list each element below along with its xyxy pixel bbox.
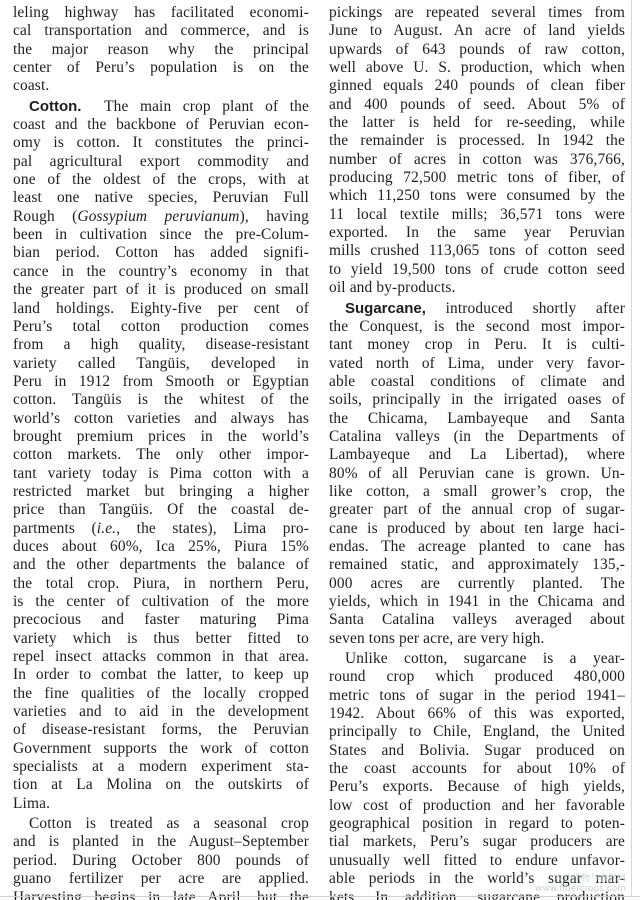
text-line: exported. In the same year Peruvian [329, 224, 625, 242]
text-line: restricted market but bringing a higher [13, 483, 309, 501]
text-fragment: ), having [240, 208, 309, 225]
text-line: number of acres in cotton was 376,766, [329, 151, 625, 169]
text-line: variety called Tangüis, developed in [13, 355, 309, 373]
text-line: which 11,250 tons were consumed by the [329, 187, 625, 205]
text-line: and 400 pounds of seed. About 5% of [329, 96, 625, 114]
text-line: repel insect attacks common in that area… [13, 648, 309, 666]
document-page: leling highway has facilitated economi- … [0, 0, 640, 900]
text-line: duces about 60%, Ica 25%, Piura 15% [13, 538, 309, 556]
text-line: is the center of cultivation of the more [13, 593, 309, 611]
text-line: 1942. About 66% of this was exported, [329, 705, 625, 723]
page-edge-bottom [0, 896, 640, 897]
text-line: the remainder is processed. In 1942 the [329, 132, 625, 150]
text-line: metric tons of sugar in the period 1941– [329, 687, 625, 705]
cotton-heading: Cotton. [29, 98, 81, 115]
text-line: Lima. [13, 795, 309, 813]
text-line: like cotton, a small grower’s crop, the [329, 483, 625, 501]
text-line: Santa Catalina valleys averaged about [329, 611, 625, 629]
watermark-line-2: www.fibercrops.com [535, 884, 626, 894]
text-line: omy is cotton. It constitutes the princi… [13, 134, 309, 152]
text-line: Catalina valleys (in the Departments of [329, 428, 625, 446]
text-line: pal agricultural export commodity and [13, 153, 309, 171]
text-line: land holdings. Eighty-five per cent of [13, 300, 309, 318]
text-line: Harvesting begins in late April, but the [13, 889, 309, 900]
text-line: varieties and to aid in the development [13, 703, 309, 721]
text-line: the fine qualities of the locally croppe… [13, 685, 309, 703]
text-line: brought premium prices in the world’s [13, 428, 309, 446]
text-line: Peru’s exports. Because of high yields, [329, 778, 625, 796]
text-line: and is planted in the August–September [13, 833, 309, 851]
sugarcane-paragraph-start: Sugarcane, introduced shortly after [329, 300, 625, 318]
text-line: States and Bolivia. Sugar produced on [329, 742, 625, 760]
text-line: soils, principally in the irrigated oase… [329, 391, 625, 409]
text-line: geographical position in regard to poten… [329, 815, 625, 833]
text-line: coast and the backbone of Peruvian econ- [13, 116, 309, 134]
watermark: 农业作物与食品网 www.fibercrops.com [535, 874, 626, 894]
text-line: oil and by-products. [329, 279, 625, 297]
cotton-paragraph-start: Cotton. The main crop plant of the [13, 98, 309, 116]
text-line: Peru in 1912 from Smooth or Egyptian [13, 373, 309, 391]
left-column: leling highway has facilitated economi- … [13, 4, 309, 900]
text-line: center of Peru’s population is on the [13, 59, 309, 77]
text-line: the major reason why the principal [13, 41, 309, 59]
text-line: period. During October 800 pounds of [13, 852, 309, 870]
text-fragment: partments ( [13, 520, 97, 537]
text-line: June to August. An acre of land yields [329, 22, 625, 40]
text-line: cotton. Tangüis is the whitest of the [13, 391, 309, 409]
text-line: the latter is held for re-seeding, while [329, 114, 625, 132]
text-fragment: Rough ( [13, 208, 77, 225]
text-line: the Chicama, Lambayeque and Santa [329, 410, 625, 428]
text-line: cal transportation and commerce, and is [13, 22, 309, 40]
right-column: pickings are repeated several times from… [329, 4, 625, 900]
text-line: coast. [13, 77, 309, 95]
text-line: able coastal conditions of climate and [329, 373, 625, 391]
ie-abbrev: i.e. [97, 520, 116, 537]
text-fragment: , the states), Lima pro- [116, 520, 309, 537]
text-line: producing 72,500 metric tons of fiber, o… [329, 169, 625, 187]
text-line: price than Tangüis. Of the coastal de- [13, 501, 309, 519]
text-line: Cotton is treated as a seasonal crop [13, 815, 309, 833]
text-line: Lambayeque and La Libertad), where [329, 446, 625, 464]
text-line: greater part of the annual crop of sugar… [329, 501, 625, 519]
text-line: the Conquest, is the second most impor- [329, 318, 625, 336]
text-line: In order to combat the latter, to keep u… [13, 666, 309, 684]
text-line: cance in the country’s economy in that [13, 263, 309, 281]
text-line: tant variety today is Pima cotton with a [13, 465, 309, 483]
text-line: the total crop. Piura, in northern Peru, [13, 575, 309, 593]
text-line: vated north of Lima, under very favor- [329, 355, 625, 373]
text-line: specialists at a modern experiment sta- [13, 758, 309, 776]
text-line: the greater part of it is produced on sm… [13, 281, 309, 299]
text-fragment: introduced shortly after [446, 300, 625, 317]
text-line: upwards of 643 pounds of raw cotton, [329, 41, 625, 59]
text-line: 000 acres are currently planted. The [329, 575, 625, 593]
ie-line: partments (i.e., the states), Lima pro- [13, 520, 309, 538]
text-line: bian period. Cotton has added signifi- [13, 244, 309, 262]
text-line: low cost of production and her favorable [329, 797, 625, 815]
text-line: tion at La Molina on the outskirts of [13, 776, 309, 794]
text-line: ginned equals 240 pounds of clean fiber [329, 77, 625, 95]
text-line: round crop which produced 480,000 [329, 668, 625, 686]
text-line: cane is produced by about ten large haci… [329, 520, 625, 538]
text-line: least one native species, Peruvian Full [13, 189, 309, 207]
text-line: the coast accounts for about 10% of [329, 760, 625, 778]
text-line: Government supports the work of cotton [13, 740, 309, 758]
text-line: to yield 19,500 tons of crude cotton see… [329, 261, 625, 279]
text-fragment: The main crop plant of the [104, 98, 309, 115]
text-line: and the other departments the balance of [13, 556, 309, 574]
text-line: principally to Chile, England, the Unite… [329, 723, 625, 741]
page-edge-right [631, 0, 632, 896]
text-line: pickings are repeated several times from [329, 4, 625, 22]
text-line: yields, which in 1941 in the Chicama and [329, 593, 625, 611]
text-line: been in cultivation since the pre-Colum- [13, 226, 309, 244]
text-line: remained static, and approximately 135,- [329, 556, 625, 574]
text-line: leling highway has facilitated economi- [13, 4, 309, 22]
species-name: Gossypium peruvianum [77, 208, 239, 225]
text-line: world’s cotton varieties and always has [13, 410, 309, 428]
text-line: tant money crop in Peru. It is culti- [329, 336, 625, 354]
sugarcane-heading: Sugarcane, [345, 300, 426, 317]
text-line: from a high quality, disease-resistant [13, 336, 309, 354]
text-line: mills crushed 113,065 tons of cotton see… [329, 242, 625, 260]
text-line: cotton markets. The only other impor- [13, 446, 309, 464]
watermark-line-1: 农业作物与食品网 [535, 874, 626, 884]
text-line: of disease-resistant forms, the Peruvian [13, 721, 309, 739]
species-line: Rough (Gossypium peruvianum), having [13, 208, 309, 226]
text-line: unusually well fitted to endure unfavor- [329, 852, 625, 870]
text-line: guano fertilizer per acre are applied. [13, 870, 309, 888]
text-line: Peru’s total cotton production comes [13, 318, 309, 336]
text-line: tial markets, Peru’s sugar producers are [329, 833, 625, 851]
text-line: precocious and faster maturing Pima [13, 611, 309, 629]
text-line: seven tons per acre, are very high. [329, 630, 625, 648]
text-line: endas. The acreage planted to cane has [329, 538, 625, 556]
text-line: Unlike cotton, sugarcane is a year- [329, 650, 625, 668]
text-line: variety which is thus better fitted to [13, 630, 309, 648]
text-line: one of the oldest of the crops, with at [13, 171, 309, 189]
text-line: 80% of all Peruvian cane is grown. Un- [329, 465, 625, 483]
text-line: 11 local textile mills; 36,571 tons were [329, 206, 625, 224]
text-line: well above U. S. production, which when [329, 59, 625, 77]
